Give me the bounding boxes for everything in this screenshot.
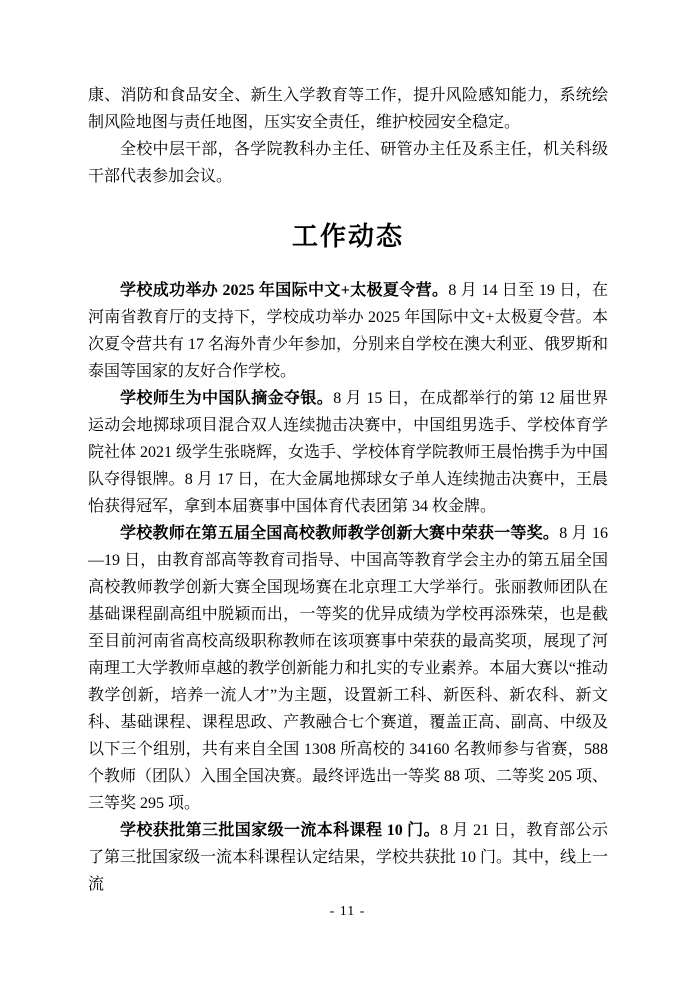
intro-paragraph-attendees: 全校中层干部，各学院教科办主任、研管办主任及系主任，机关科级干部代表参加会议。 <box>88 136 608 190</box>
intro-paragraph-continuation: 康、消防和食品安全、新生入学教育等工作，提升风险感知能力，系统绘制风险地图与责任… <box>88 82 608 136</box>
news-item-teaching-award: 学校教师在第五届全国高校教师教学创新大赛中荣获一等奖。8 月 16—19 日，由… <box>88 520 608 817</box>
paragraph-text: 全校中层干部，各学院教科办主任、研管办主任及系主任，机关科级干部代表参加会议。 <box>88 141 608 185</box>
paragraph-text: 8 月 15 日，在成都举行的第 12 届世界运动会地掷球项目混合双人连续抛击决… <box>88 390 608 515</box>
paragraph-lead: 学校师生为中国队摘金夺银。 <box>120 390 333 407</box>
news-item-summer-camp: 学校成功举办 2025 年国际中文+太极夏令营。8 月 14 日至 19 日，在… <box>88 277 608 385</box>
paragraph-lead: 学校教师在第五届全国高校教师教学创新大赛中荣获一等奖。 <box>120 525 559 542</box>
page-number: - 11 - <box>0 904 695 920</box>
news-item-sports-medals: 学校师生为中国队摘金夺银。8 月 15 日，在成都举行的第 12 届世界运动会地… <box>88 385 608 520</box>
paragraph-text: 8 月 16—19 日，由教育部高等教育司指导、中国高等教育学会主办的第五届全国… <box>88 525 608 812</box>
paragraph-lead: 学校获批第三批国家级一流本科课程 10 门。 <box>120 822 440 839</box>
news-item-national-courses: 学校获批第三批国家级一流本科课程 10 门。8 月 21 日，教育部公示了第三批… <box>88 817 608 898</box>
document-page: 康、消防和食品安全、新生入学教育等工作，提升风险感知能力，系统绘制风险地图与责任… <box>0 0 695 983</box>
paragraph-text: 康、消防和食品安全、新生入学教育等工作，提升风险感知能力，系统绘制风险地图与责任… <box>88 87 608 131</box>
paragraph-lead: 学校成功举办 2025 年国际中文+太极夏令营。 <box>120 282 448 299</box>
section-heading: 工作动态 <box>88 218 608 256</box>
